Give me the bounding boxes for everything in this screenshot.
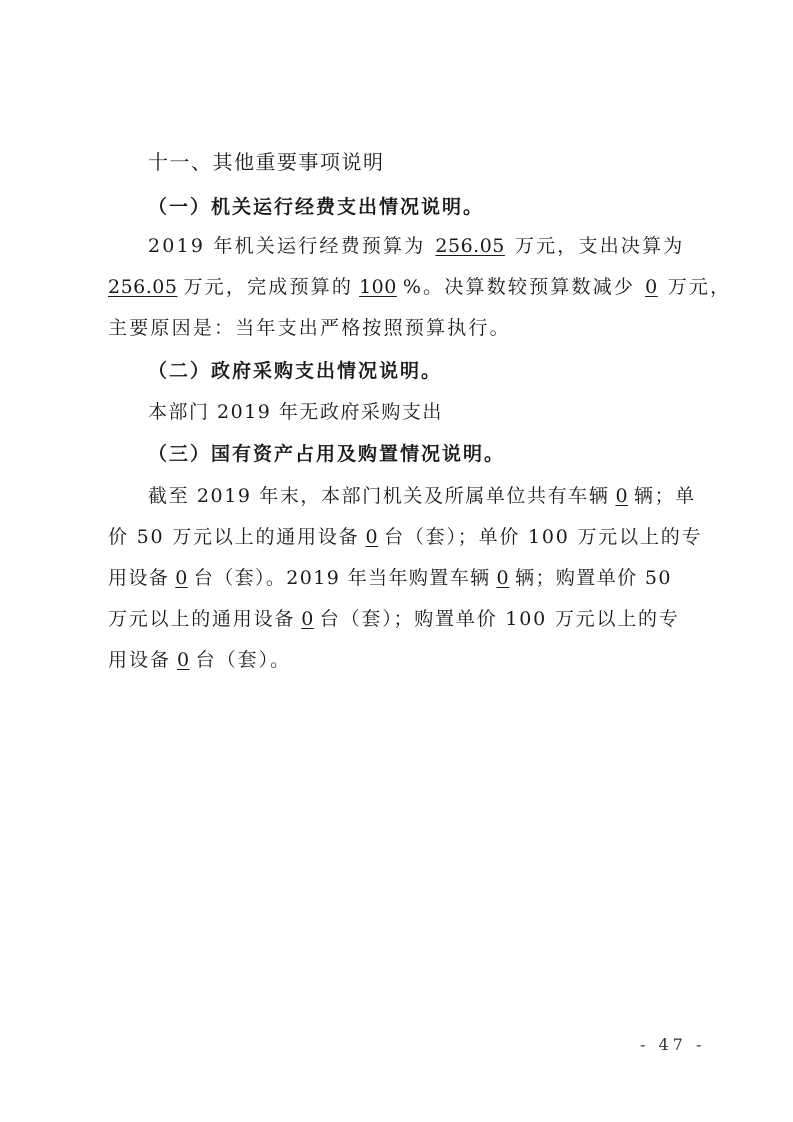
text-span: 万元， (668, 276, 732, 298)
special-equipment-total: 0 (169, 566, 194, 590)
paragraph-line: 256.05万元，完成预算的100%。决算数较预算数减少0万元， (108, 275, 698, 299)
text-span: 万元，完成预算的 (183, 276, 353, 298)
text-span: 用设备 (108, 567, 169, 589)
text-span: 辆；购置单价 50 (515, 567, 672, 589)
text-span: 价 50 万元以上的通用设备 (108, 526, 359, 548)
text-span: 台（套）；购置单价 100 万元以上的专 (320, 608, 680, 630)
text-span: 台（套）。 (196, 649, 292, 671)
text-span: 万元，支出决算为 (515, 235, 685, 257)
text-span: 辆；单 (634, 485, 696, 507)
vehicles-total: 0 (609, 484, 634, 508)
text-span: %。决算数较预算数减少 (403, 276, 635, 298)
page-number: - 47 - (640, 1035, 705, 1054)
decrease-value: 0 (635, 275, 668, 299)
subsection-title-assets: （三）国有资产占用及购置情况说明。 (148, 442, 698, 466)
text-span: 万元以上的通用设备 (108, 608, 295, 630)
document-page: 十一、其他重要事项说明 （一）机关运行经费支出情况说明。 2019 年机关运行经… (0, 0, 793, 1122)
budget-value: 256.05 (425, 234, 514, 258)
actual-value: 256.05 (108, 275, 183, 299)
paragraph-line: 2019 年机关运行经费预算为256.05万元，支出决算为 (148, 234, 698, 258)
special-equipment-purchased: 0 (171, 648, 196, 672)
general-equipment-total: 0 (359, 525, 384, 549)
paragraph-line: 价 50 万元以上的通用设备0台（套）；单价 100 万元以上的专 (108, 525, 698, 549)
text-span: 台（套）；单价 100 万元以上的专 (384, 526, 702, 548)
paragraph-line: 主要原因是：当年支出严格按照预算执行。 (108, 316, 698, 340)
text-span: 截至 2019 年末，本部门机关及所属单位共有车辆 (148, 485, 609, 507)
paragraph-line: 本部门 2019 年无政府采购支出 (148, 400, 698, 424)
completion-percent: 100 (353, 275, 403, 299)
text-span: 台（套）。2019 年当年购置车辆 (194, 567, 491, 589)
vehicles-purchased: 0 (491, 566, 516, 590)
section-heading: 十一、其他重要事项说明 (148, 150, 698, 174)
subsection-title-operating-expenses: （一）机关运行经费支出情况说明。 (148, 195, 698, 219)
text-span: 2019 年机关运行经费预算为 (148, 235, 425, 257)
general-equipment-purchased: 0 (295, 607, 320, 631)
paragraph-line: 用设备0台（套）。 (108, 648, 698, 672)
paragraph-line: 截至 2019 年末，本部门机关及所属单位共有车辆0辆；单 (148, 484, 698, 508)
paragraph-line: 用设备0台（套）。2019 年当年购置车辆0辆；购置单价 50 (108, 566, 698, 590)
paragraph-line: 万元以上的通用设备0台（套）；购置单价 100 万元以上的专 (108, 607, 698, 631)
subsection-title-procurement: （二）政府采购支出情况说明。 (148, 359, 698, 383)
text-span: 用设备 (108, 649, 171, 671)
